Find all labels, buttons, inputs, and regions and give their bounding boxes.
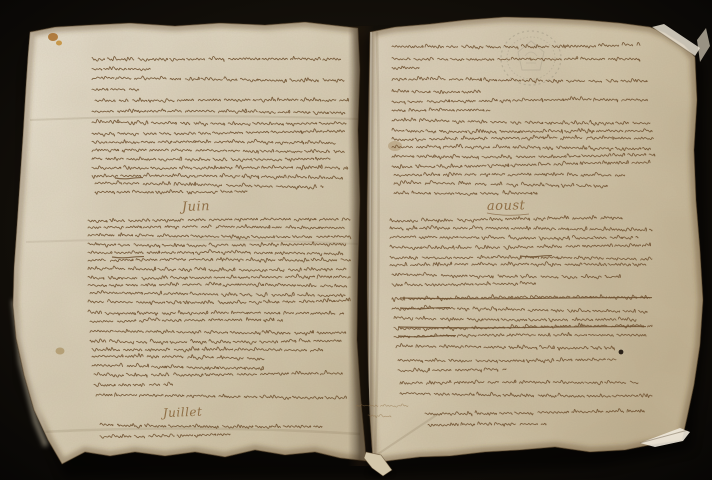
rust-stain — [56, 41, 62, 46]
right-page-texture — [350, 0, 712, 480]
manuscript-scan: Juin Juillet aoust — [0, 0, 712, 480]
paper-grain — [350, 0, 712, 480]
scan-canvas: Juin Juillet aoust — [0, 0, 712, 480]
ink-blot-hole — [619, 350, 624, 355]
right-page — [350, 0, 712, 480]
stain — [56, 348, 65, 355]
rust-stain — [48, 33, 58, 41]
month-heading-aoust: aoust — [487, 198, 526, 214]
month-heading-juillet: Juillet — [160, 405, 203, 420]
gutter-shadow — [348, 26, 374, 466]
stain — [388, 141, 402, 151]
month-heading-juin: Juin — [179, 199, 211, 215]
